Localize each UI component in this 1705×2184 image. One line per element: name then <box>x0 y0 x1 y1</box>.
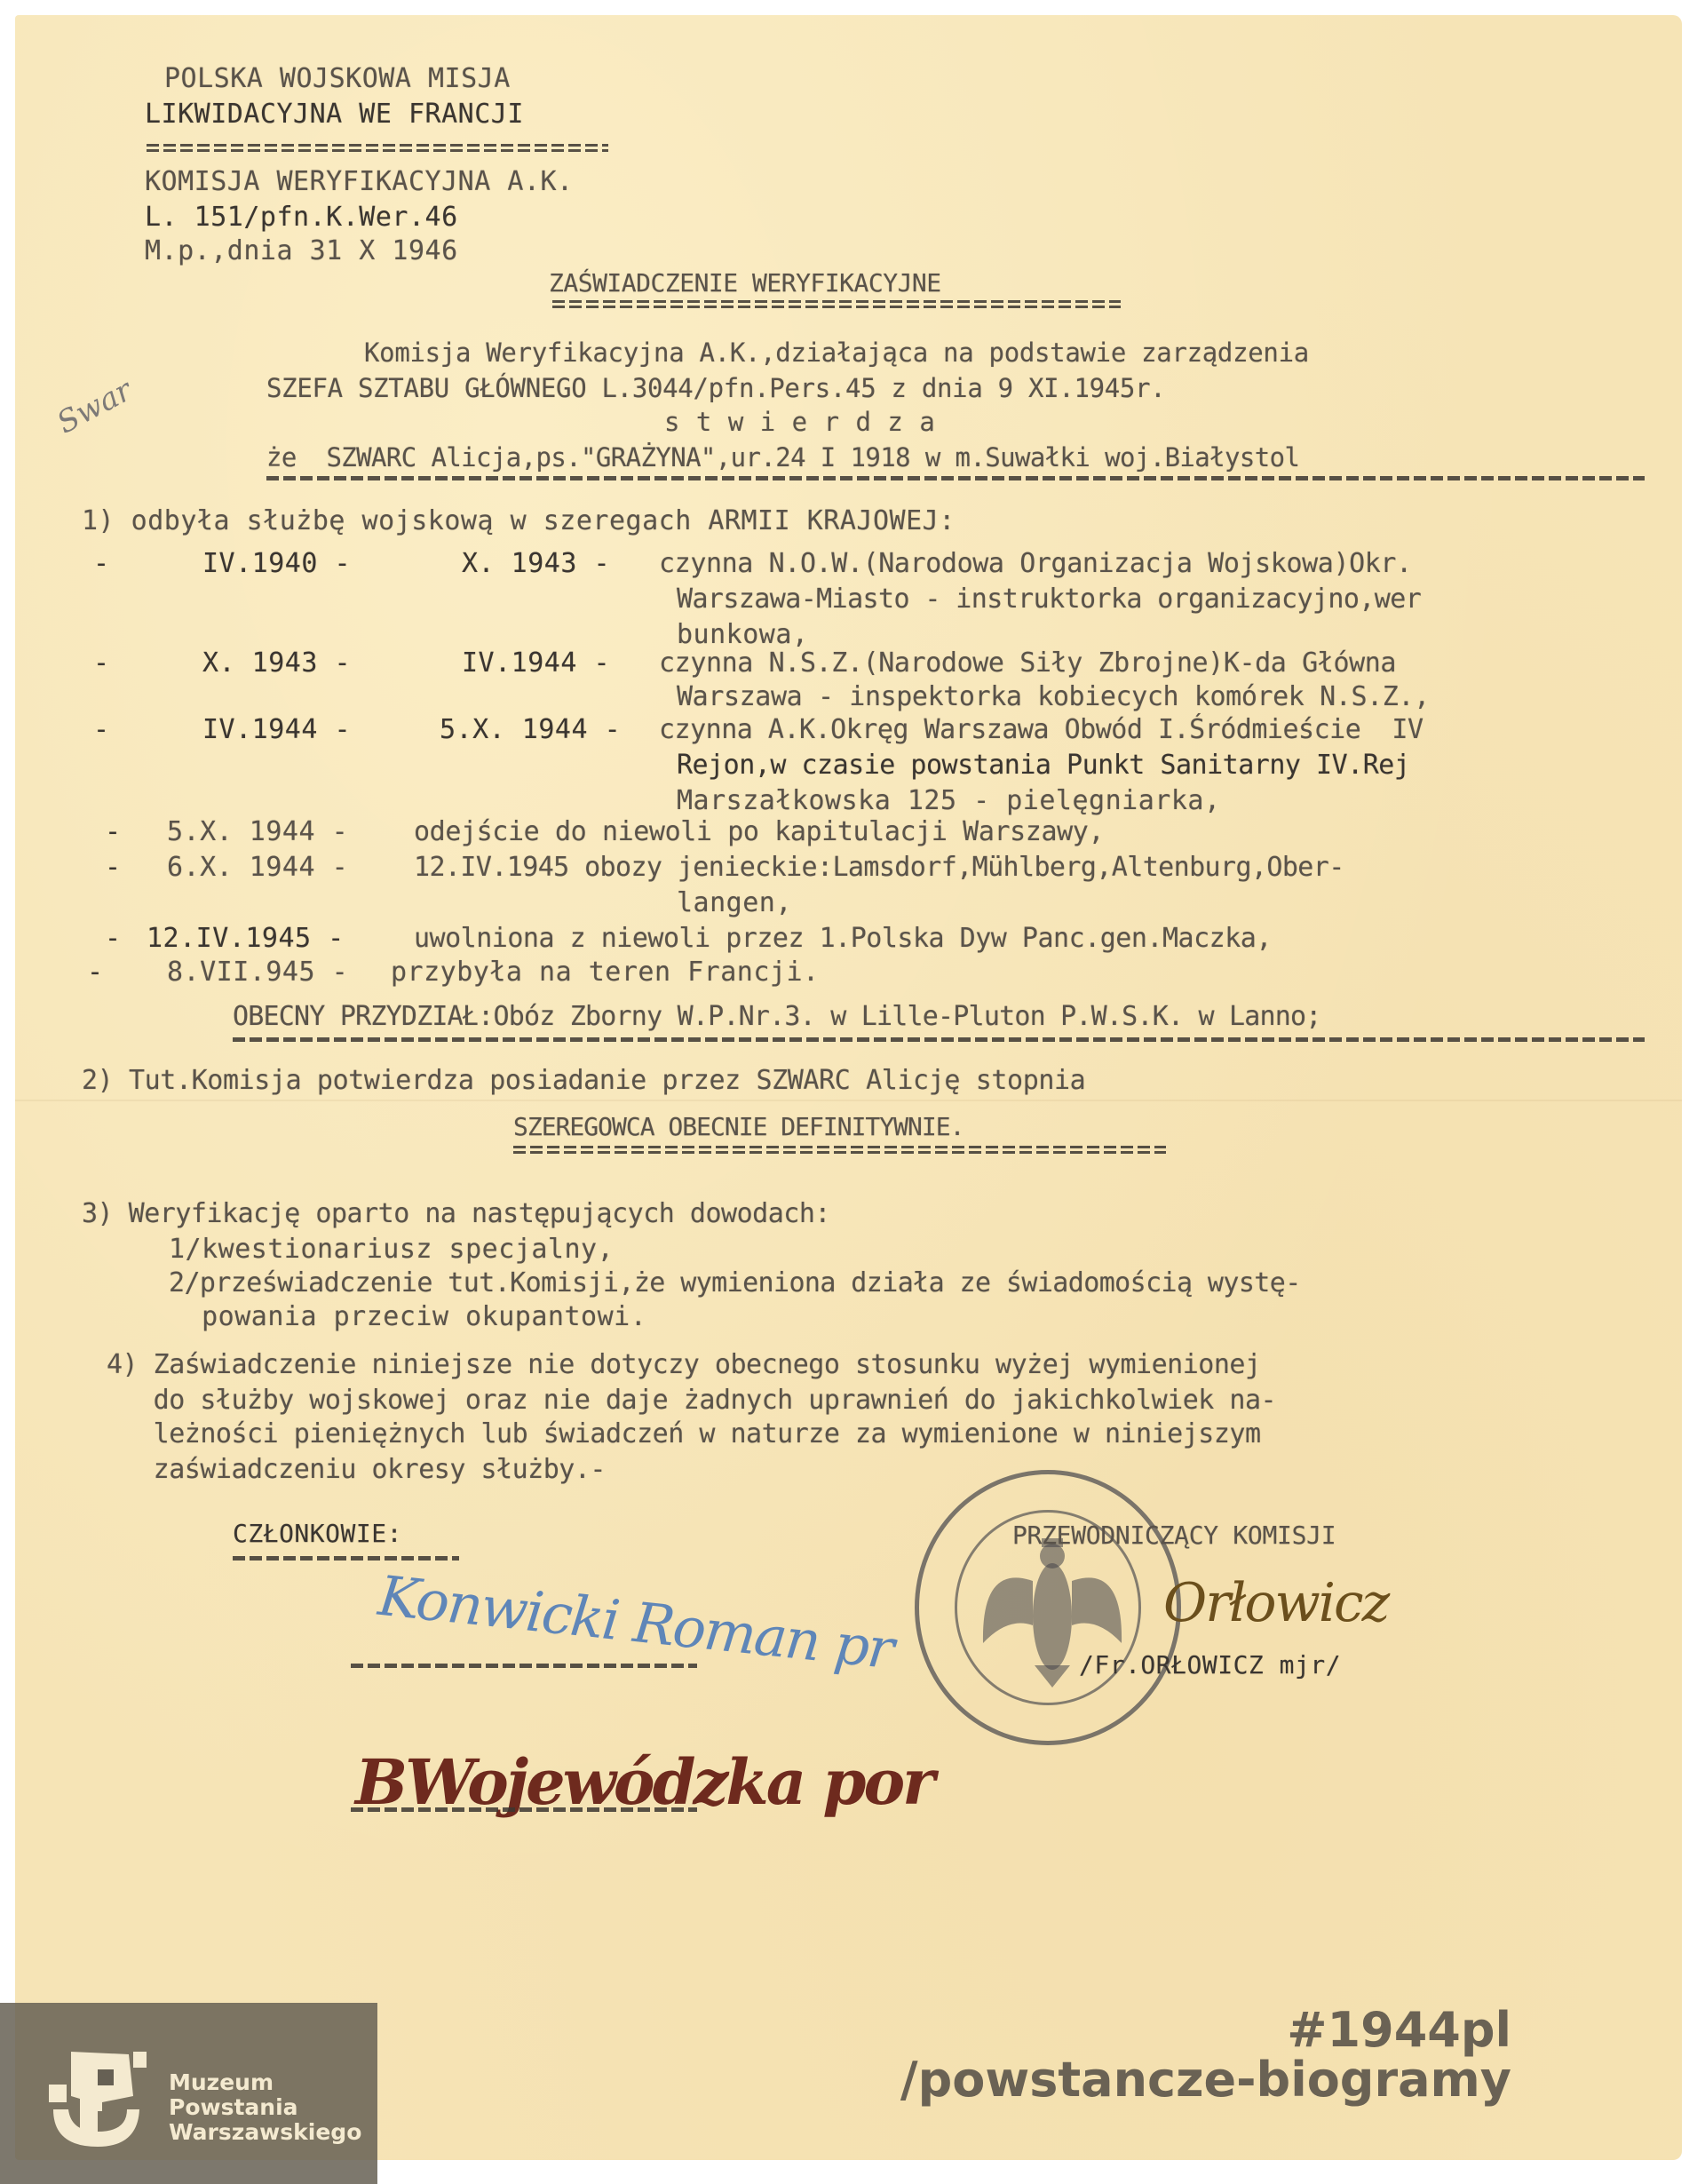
museum-name-line-2: Powstania <box>169 2095 361 2120</box>
rank-underline <box>513 1146 1166 1154</box>
chairman-signature: Orłowicz <box>1163 1572 1388 1634</box>
paper-fold <box>15 1100 1682 1101</box>
assignment-underline <box>233 1037 1645 1042</box>
members-label: CZŁONKOWIE: <box>233 1519 402 1549</box>
entry3-bullet: - <box>93 715 110 745</box>
hashtag-text: #1944pl <box>900 2005 1511 2055</box>
entry1-line-3: bunkowa, <box>677 620 809 650</box>
entry3-to: 5.X. 1944 - <box>440 715 621 745</box>
event4-text: przybyła na teren Francji. <box>391 957 820 988</box>
intro-line-1: Komisja Weryfikacyjna A.K.,działająca na… <box>364 338 1309 368</box>
section4-line-3: leżności pieniężnych lub świadczeń w nat… <box>107 1419 1261 1449</box>
official-stamp <box>915 1470 1181 1745</box>
event2-bullet: - <box>105 853 122 883</box>
section1-heading: 1) odbyła służbę wojskową w szeregach AR… <box>82 506 956 536</box>
section2-text: 2) Tut.Komisja potwierdza posiadanie prz… <box>82 1066 1085 1096</box>
kotwica-anchor-icon <box>49 2047 147 2149</box>
museum-name-line-1: Muzeum <box>169 2070 361 2095</box>
event4-date: 8.VII.945 - <box>167 957 348 988</box>
document-title: ZAŚWIADCZENIE WERYFIKACYJNE <box>549 268 941 298</box>
entry2-to: IV.1944 - <box>462 648 610 679</box>
event4-bullet: - <box>87 957 104 988</box>
event3-text: uwolniona z niewoli przez 1.Polska Dyw P… <box>414 924 1272 954</box>
member2-signature-line <box>351 1807 697 1812</box>
event2-continuation: langen, <box>677 888 792 918</box>
entry3-line-3: Marszałkowska 125 - pielęgniarka, <box>677 786 1221 816</box>
section4-line-1: 4) Zaświadczenie niniejsze nie dotyczy o… <box>107 1350 1261 1380</box>
museum-name-line-3: Warszawskiego <box>169 2120 361 2145</box>
museum-name: Muzeum Powstania Warszawskiego <box>169 2070 361 2145</box>
eagle-emblem-icon <box>919 1474 1186 1750</box>
event1-text: odejście do niewoli po kapitulacji Warsz… <box>414 817 1104 847</box>
entry1-line-2: Warszawa-Miasto - instruktorka organizac… <box>677 584 1421 615</box>
header-line-1: POLSKA WOJSKOWA MISJA <box>164 64 511 94</box>
entry2-line-1: czynna N.S.Z.(Narodowe Siły Zbrojne)K-da… <box>659 648 1396 679</box>
hashtag-watermark: #1944pl /powstancze-biogramy <box>900 2005 1511 2105</box>
entry3-line-2: Rejon,w czasie powstania Punkt Sanitarny… <box>677 751 1409 781</box>
intro-line-2: SZEFA SZTABU GŁÓWNEGO L.3044/pfn.Pers.45… <box>266 373 1165 403</box>
event2-text: 12.IV.1945 obozy jenieckie:Lamsdorf,Mühl… <box>414 853 1344 883</box>
rank: SZEREGOWCA OBECNIE DEFINITYWNIE. <box>513 1112 964 1142</box>
section3-item-2: 2/przeświadczenie tut.Komisji,że wymieni… <box>169 1268 1301 1298</box>
entry1-to: X. 1943 - <box>462 549 610 579</box>
entry3-line-1: czynna A.K.Okręg Warszawa Obwód I.Śródmi… <box>659 715 1423 745</box>
subject-line: że SZWARC Alicja,ps."GRAŻYNA",ur.24 I 19… <box>266 442 1299 473</box>
chairman-name: /Fr.ORŁOWICZ mjr/ <box>1079 1650 1341 1680</box>
members-label-underline <box>233 1556 459 1561</box>
event1-date: 5.X. 1944 - <box>167 817 348 847</box>
event3-bullet: - <box>105 924 122 954</box>
section4-line-4: zaświadczeniu okresy służby.- <box>107 1455 606 1485</box>
event1-bullet: - <box>105 817 122 847</box>
entry1-from: IV.1940 - <box>202 549 351 579</box>
member1-signature-line <box>351 1664 697 1668</box>
event3-date: 12.IV.1945 - <box>147 924 345 954</box>
entry2-bullet: - <box>93 648 110 679</box>
header-divider <box>147 144 608 152</box>
section3-heading: 3) Weryfikację oparto na następujących d… <box>82 1199 830 1229</box>
entry1-line-1: czynna N.O.W.(Narodowa Organizacja Wojsk… <box>659 549 1412 579</box>
section3-item-2-cont: powania przeciw okupantowi. <box>169 1302 646 1332</box>
section4-line-2: do służby wojskowej oraz nie daje żadnyc… <box>107 1386 1276 1416</box>
reference-number: L. 151/pfn.K.Wer.46 <box>145 203 458 233</box>
header-line-2: LIKWIDACYJNA WE FRANCJI <box>145 99 524 130</box>
chairman-label: PRZEWODNICZĄCY KOMISJI <box>1012 1521 1336 1551</box>
current-assignment: OBECNY PRZYDZIAŁ:Obóz Zborny W.P.Nr.3. w… <box>233 1002 1321 1032</box>
entry1-bullet: - <box>93 549 110 579</box>
entry2-line-2: Warszawa - inspektorka kobiecych komórek… <box>677 682 1430 712</box>
collection-path: /powstancze-biogramy <box>900 2055 1511 2105</box>
entry3-from: IV.1944 - <box>202 715 351 745</box>
entry2-from: X. 1943 - <box>202 648 351 679</box>
museum-logo-banner: Muzeum Powstania Warszawskiego <box>0 2003 377 2184</box>
header-commission: KOMISJA WERYFIKACYJNA A.K. <box>145 167 574 197</box>
event2-date: 6.X. 1944 - <box>167 853 348 883</box>
intro-verb: s t w i e r d z a <box>664 407 935 437</box>
section3-item-1: 1/kwestionariusz specjalny, <box>169 1235 614 1265</box>
subject-underline <box>266 476 1645 480</box>
title-underline <box>552 300 1121 308</box>
place-date: M.p.,dnia 31 X 1946 <box>145 236 458 266</box>
